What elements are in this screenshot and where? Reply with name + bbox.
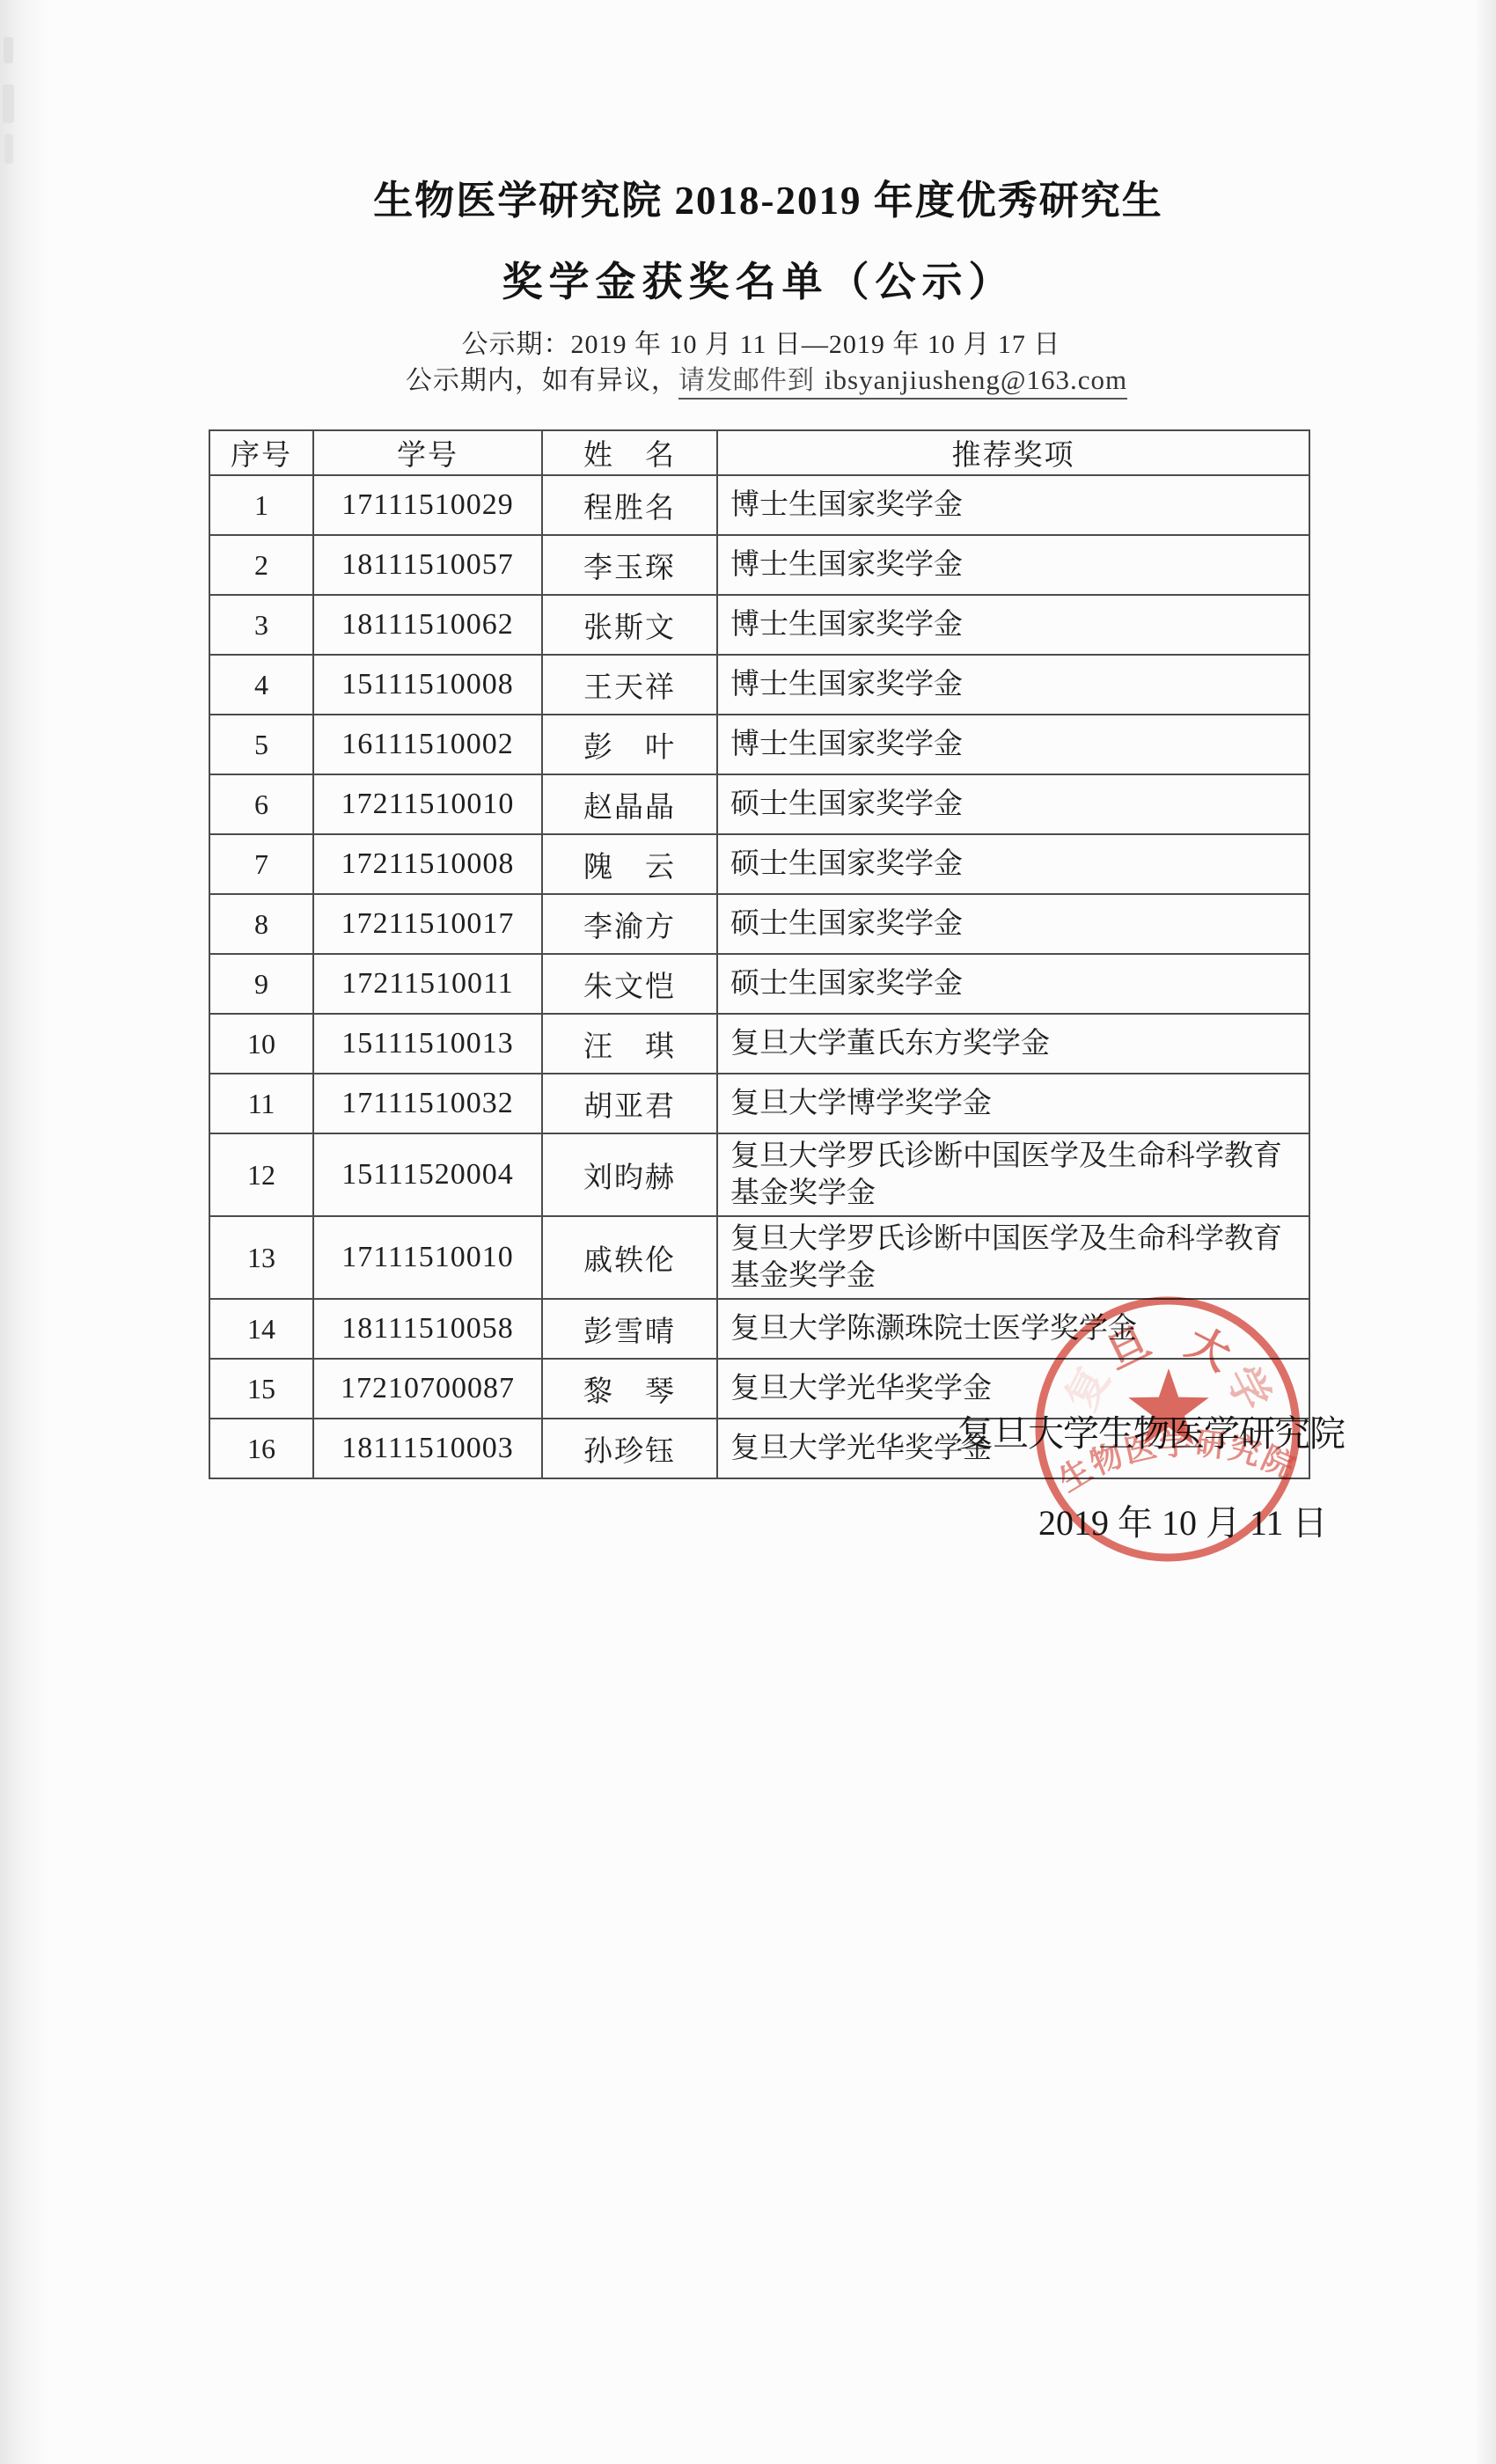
cell-student-id: 17111510010 <box>313 1216 542 1299</box>
table-body: 1 17111510029 程胜名 博士生国家奖学金 2 18111510057… <box>209 475 1309 1478</box>
cell-serial: 1 <box>209 475 313 535</box>
cell-serial: 5 <box>209 715 313 774</box>
cell-award: 硕士生国家奖学金 <box>717 774 1309 834</box>
cell-award: 硕士生国家奖学金 <box>717 894 1309 954</box>
cell-serial: 8 <box>209 894 313 954</box>
cell-student-id: 16111510002 <box>313 715 542 774</box>
cell-award: 硕士生国家奖学金 <box>717 954 1309 1014</box>
notice-contact-label: 请发邮件到 <box>678 366 815 395</box>
cell-student-id: 15111520004 <box>313 1133 542 1216</box>
cell-student-id: 18111510003 <box>313 1419 542 1478</box>
cell-serial: 12 <box>209 1133 313 1216</box>
cell-serial: 2 <box>209 535 313 595</box>
cell-serial: 16 <box>209 1419 313 1478</box>
header-award: 推荐奖项 <box>717 430 1309 475</box>
cell-name: 黎 琴 <box>542 1359 717 1419</box>
cell-award: 博士生国家奖学金 <box>717 475 1309 535</box>
cell-name: 朱文恺 <box>542 954 717 1014</box>
table-row: 10 15111510013 汪 琪 复旦大学董氏东方奖学金 <box>209 1014 1309 1074</box>
notice-period: 公示期：2019 年 10 月 11 日—2019 年 10 月 17 日 <box>13 322 1496 361</box>
cell-award: 复旦大学罗氏诊断中国医学及生命科学教育基金奖学金 <box>717 1216 1309 1299</box>
cell-name: 赵晶晶 <box>542 774 717 834</box>
cell-student-id: 18111510057 <box>313 535 542 595</box>
table-row: 9 17211510011 朱文恺 硕士生国家奖学金 <box>209 954 1309 1014</box>
document-page: 生物医学研究院 2018-2019 年度优秀研究生 奖学金获奖名单（公示） 公示… <box>0 0 1496 2464</box>
cell-student-id: 15111510008 <box>313 655 542 715</box>
cell-award: 博士生国家奖学金 <box>717 655 1309 715</box>
cell-name: 戚轶伦 <box>542 1216 717 1299</box>
cell-student-id: 17111510032 <box>313 1074 542 1133</box>
table-row: 3 18111510062 张斯文 博士生国家奖学金 <box>209 595 1309 655</box>
cell-student-id: 17211510008 <box>313 834 542 894</box>
cell-award: 复旦大学罗氏诊断中国医学及生命科学教育基金奖学金 <box>717 1133 1309 1216</box>
cell-name: 彭 叶 <box>542 715 717 774</box>
cell-serial: 15 <box>209 1359 313 1419</box>
cell-award: 博士生国家奖学金 <box>717 595 1309 655</box>
cell-serial: 7 <box>209 834 313 894</box>
cell-name: 李玉琛 <box>542 535 717 595</box>
cell-student-id: 17111510029 <box>313 475 542 535</box>
signature-organization: 复旦大学生物医学研究院 <box>957 1404 1345 1456</box>
notice-contact-underlined: 请发邮件到ibsyanjiusheng@163.com <box>678 366 1127 400</box>
cell-award: 博士生国家奖学金 <box>717 535 1309 595</box>
cell-name: 程胜名 <box>542 475 717 535</box>
cell-name: 张斯文 <box>542 595 717 655</box>
table-row: 4 15111510008 王天祥 博士生国家奖学金 <box>209 655 1309 715</box>
cell-name: 隗 云 <box>542 834 717 894</box>
table-row: 11 17111510032 胡亚君 复旦大学博学奖学金 <box>209 1074 1309 1133</box>
cell-name: 孙珍钰 <box>542 1419 717 1478</box>
table-row: 7 17211510008 隗 云 硕士生国家奖学金 <box>209 834 1309 894</box>
cell-student-id: 15111510013 <box>313 1014 542 1074</box>
scan-smudge <box>3 84 14 123</box>
cell-serial: 9 <box>209 954 313 1014</box>
award-table: 序号 学号 姓 名 推荐奖项 1 17111510029 程胜名 博士生国家奖学… <box>209 429 1310 1479</box>
cell-name: 王天祥 <box>542 655 717 715</box>
notice-contact-prefix: 公示期内，如有异议， <box>406 366 678 395</box>
cell-serial: 6 <box>209 774 313 834</box>
header-student-id: 学号 <box>313 430 542 475</box>
table-row: 12 15111520004 刘昀赫 复旦大学罗氏诊断中国医学及生命科学教育基金… <box>209 1133 1309 1216</box>
header-serial: 序号 <box>209 430 313 475</box>
table-header-row: 序号 学号 姓 名 推荐奖项 <box>209 430 1309 475</box>
table-row: 14 18111510058 彭雪晴 复旦大学陈灏珠院士医学奖学金 <box>209 1299 1309 1359</box>
table-row: 13 17111510010 戚轶伦 复旦大学罗氏诊断中国医学及生命科学教育基金… <box>209 1216 1309 1299</box>
cell-award: 硕士生国家奖学金 <box>717 834 1309 894</box>
table-row: 8 17211510017 李渝方 硕士生国家奖学金 <box>209 894 1309 954</box>
header-name: 姓 名 <box>542 430 717 475</box>
cell-award: 博士生国家奖学金 <box>717 715 1309 774</box>
cell-name: 胡亚君 <box>542 1074 717 1133</box>
cell-name: 李渝方 <box>542 894 717 954</box>
cell-award: 复旦大学董氏东方奖学金 <box>717 1014 1309 1074</box>
cell-student-id: 17211510011 <box>313 954 542 1014</box>
cell-serial: 14 <box>209 1299 313 1359</box>
cell-name: 彭雪晴 <box>542 1299 717 1359</box>
cell-student-id: 17211510017 <box>313 894 542 954</box>
cell-name: 刘昀赫 <box>542 1133 717 1216</box>
cell-student-id: 17210700087 <box>313 1359 542 1419</box>
cell-serial: 10 <box>209 1014 313 1074</box>
table-row: 1 17111510029 程胜名 博士生国家奖学金 <box>209 475 1309 535</box>
table-row: 5 16111510002 彭 叶 博士生国家奖学金 <box>209 715 1309 774</box>
cell-serial: 13 <box>209 1216 313 1299</box>
scan-smudge <box>4 37 13 63</box>
table-row: 2 18111510057 李玉琛 博士生国家奖学金 <box>209 535 1309 595</box>
cell-award: 复旦大学陈灏珠院士医学奖学金 <box>717 1299 1309 1359</box>
cell-student-id: 17211510010 <box>313 774 542 834</box>
cell-serial: 4 <box>209 655 313 715</box>
cell-serial: 3 <box>209 595 313 655</box>
signature-date: 2019 年 10 月 11 日 <box>1038 1495 1328 1545</box>
cell-award: 复旦大学博学奖学金 <box>717 1074 1309 1133</box>
scan-smudge <box>4 134 13 164</box>
page-title-line1: 生物医学研究院 2018-2019 年度优秀研究生 <box>20 168 1496 225</box>
cell-student-id: 18111510062 <box>313 595 542 655</box>
table-row: 6 17211510010 赵晶晶 硕士生国家奖学金 <box>209 774 1309 834</box>
contact-email-link[interactable]: ibsyanjiusheng@163.com <box>825 364 1127 395</box>
cell-name: 汪 琪 <box>542 1014 717 1074</box>
cell-serial: 11 <box>209 1074 313 1133</box>
cell-student-id: 18111510058 <box>313 1299 542 1359</box>
page-title-line2: 奖学金获奖名单（公示） <box>11 250 1496 308</box>
notice-contact: 公示期内，如有异议，请发邮件到ibsyanjiusheng@163.com <box>18 358 1496 397</box>
